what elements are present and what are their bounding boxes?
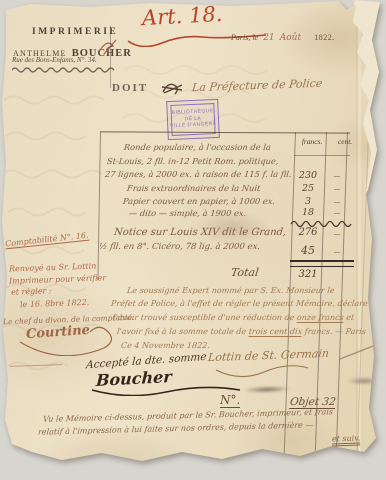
footer-suite: et suiv.	[332, 434, 361, 447]
amount-cent: —	[330, 209, 344, 217]
column-header-francs: francs.	[297, 137, 327, 146]
numero-label: N°.	[220, 393, 240, 407]
expert-note-line4: l'avoir fixé à la somme totale de trois …	[117, 327, 367, 336]
doit-label: DOIT	[112, 82, 148, 94]
expert-note-line4-end: francs. — Paris	[302, 327, 367, 336]
document-scan: Art. 18. IMPRIMERIE ANTHELME BOUCHER Rue…	[0, 0, 386, 480]
dateline-day: 21	[263, 33, 274, 43]
settled-amount: trois cent dix	[248, 327, 302, 337]
paper-wrapper: Art. 18. IMPRIMERIE ANTHELME BOUCHER Rue…	[0, 0, 386, 480]
letterhead-divider	[110, 26, 111, 88]
subtotal-cent: —	[330, 230, 344, 238]
table-row: Papier couvert en papier, à 1000 ex.	[122, 196, 275, 206]
art-number-annotation: Art. 18.	[141, 2, 223, 30]
ink-smudge-center	[243, 385, 291, 394]
ink-smudge-right	[346, 377, 382, 385]
notice-line1: Notice sur Louis XIV dit le Grand,	[113, 227, 286, 238]
amount-cent: —	[330, 185, 344, 193]
paper-sheet: Art. 18. IMPRIMERIE ANTHELME BOUCHER Rue…	[0, 0, 386, 480]
reduction-amount: onze francs	[296, 313, 344, 323]
amount-francs: 18	[294, 207, 322, 218]
total-francs: 321	[294, 269, 322, 280]
table-col-line-3	[336, 132, 348, 454]
amount-francs: 3	[294, 196, 322, 207]
expert-note-line3-text: l'avoir trouvé susceptible d'une réducti…	[113, 313, 298, 322]
amount-francs: 230	[294, 170, 322, 181]
numero-text: N°.	[220, 393, 240, 408]
total-double-rule	[290, 260, 354, 267]
dateline-month: Août	[280, 33, 301, 43]
expert-note-line4-text: l'avoir fixé à la somme totale de	[117, 327, 250, 336]
objet-label: Objet 32	[289, 396, 336, 408]
dateline: Paris, le 21 Août 1822.	[231, 25, 335, 44]
notice-line2: ½ fll. en 8°. Cicéro, 78 lig. à 2000 ex.	[98, 242, 260, 252]
amount-cent: —	[330, 198, 344, 206]
notice-francs: 45	[294, 244, 322, 257]
expert-note-line1: Le soussigné Expert nommé par S. Ex. Mon…	[127, 286, 335, 295]
letterhead-address: Rue des Bons-Enfants, N°. 34.	[12, 56, 97, 64]
amount-francs: 25	[294, 183, 322, 194]
expert-note-line2: Préfet de Police, à l'effet de régler le…	[111, 299, 369, 308]
amount-cent: —	[330, 172, 344, 180]
library-stamp: BIBLIOTHÈQUE DE LA VILLE D'ANGERS	[166, 99, 220, 140]
subtotal-francs: 276	[294, 227, 322, 238]
table-row: Frais extraordinaires de la Nuit	[126, 183, 260, 193]
stamp-line3: VILLE D'ANGERS	[170, 122, 216, 130]
notice-cent: —	[330, 248, 344, 256]
table-row: Ronde populaire, à l'occasion de la	[123, 142, 271, 152]
chef-signature-flourish	[12, 320, 124, 356]
scribble-mark	[160, 81, 186, 96]
dateline-printed-prefix: Paris, le	[231, 33, 258, 42]
letterhead-imprimerie: IMPRIMERIE	[32, 27, 118, 37]
expert-note-line3: l'avoir trouvé susceptible d'une réducti…	[113, 313, 355, 322]
expert-signature-flourish	[214, 362, 310, 378]
letterhead-ornament-rule	[12, 66, 122, 74]
table-header-underrule	[294, 155, 350, 156]
expert-note-line3-end: et	[343, 313, 354, 322]
diagonal-pen-stroke	[336, 342, 380, 362]
table-top-rule	[100, 131, 350, 133]
table-row: St-Louis, 2 fll. in-12 Petit Rom. politi…	[106, 156, 279, 166]
expert-note-date: Ce 4 Novembre 1822.	[121, 341, 211, 350]
table-row: 27 lignes, à 2000 ex. à raison de 115 f.…	[104, 169, 292, 179]
margin-renvoye-line3: et régler :	[11, 286, 52, 296]
dateline-year: 1822.	[306, 33, 335, 42]
column-header-cent: cent.	[330, 137, 360, 146]
total-label: Total	[230, 266, 259, 279]
